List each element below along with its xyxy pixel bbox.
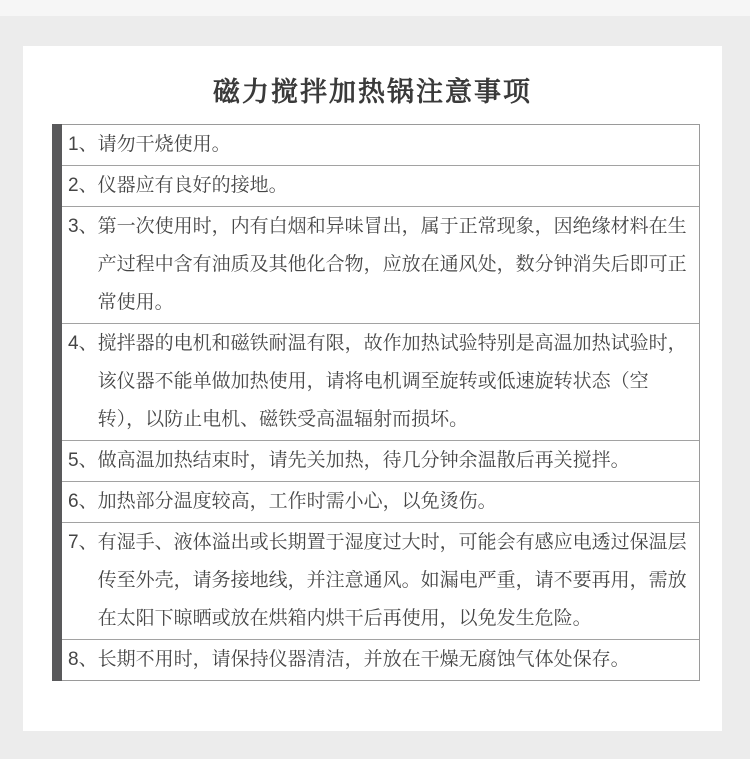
notice-row-8: 8、 长期不用时，请保持仪器清洁，并放在干燥无腐蚀气体处保存。 [62,640,699,680]
notice-row-2: 2、 仪器应有良好的接地。 [62,166,699,207]
notice-text: 仪器应有良好的接地。 [98,167,695,205]
content-card: 磁力搅拌加热锅注意事项 1、 请勿干烧使用。 2、 仪器应有良好的接地。 3、 … [23,46,722,731]
notice-text: 搅拌器的电机和磁铁耐温有限，故作加热试验特别是高温加热试验时，该仪器不能单做加热… [98,325,695,439]
notice-text: 有湿手、液体溢出或长期置于湿度过大时，可能会有感应电透过保温层传至外壳，请务接地… [98,524,695,638]
notice-number: 1、 [68,126,98,164]
notice-number: 6、 [68,483,98,521]
notice-row-4: 4、 搅拌器的电机和磁铁耐温有限，故作加热试验特别是高温加热试验时，该仪器不能单… [62,324,699,441]
notice-text: 长期不用时，请保持仪器清洁，并放在干燥无腐蚀气体处保存。 [98,641,695,679]
left-accent-bar [52,124,62,681]
notice-text: 加热部分温度较高，工作时需小心，以免烫伤。 [98,483,695,521]
page-title: 磁力搅拌加热锅注意事项 [23,46,722,124]
notice-table: 1、 请勿干烧使用。 2、 仪器应有良好的接地。 3、 第一次使用时，内有白烟和… [52,124,700,681]
notice-number: 3、 [68,208,98,246]
notice-row-6: 6、 加热部分温度较高，工作时需小心，以免烫伤。 [62,482,699,523]
notice-text: 第一次使用时，内有白烟和异味冒出，属于正常现象，因绝缘材料在生产过程中含有油质及… [98,208,695,322]
notice-number: 2、 [68,167,98,205]
top-strip [0,0,750,16]
notice-text: 请勿干烧使用。 [98,126,695,164]
notice-number: 4、 [68,325,98,363]
notice-row-7: 7、 有湿手、液体溢出或长期置于湿度过大时，可能会有感应电透过保温层传至外壳，请… [62,523,699,640]
notice-text: 做高温加热结束时，请先关加热，待几分钟余温散后再关搅拌。 [98,442,695,480]
notice-row-3: 3、 第一次使用时，内有白烟和异味冒出，属于正常现象，因绝缘材料在生产过程中含有… [62,207,699,324]
notice-number: 5、 [68,442,98,480]
notice-number: 8、 [68,641,98,679]
notice-rows: 1、 请勿干烧使用。 2、 仪器应有良好的接地。 3、 第一次使用时，内有白烟和… [62,124,700,681]
notice-number: 7、 [68,524,98,562]
notice-row-5: 5、 做高温加热结束时，请先关加热，待几分钟余温散后再关搅拌。 [62,441,699,482]
notice-row-1: 1、 请勿干烧使用。 [62,125,699,166]
